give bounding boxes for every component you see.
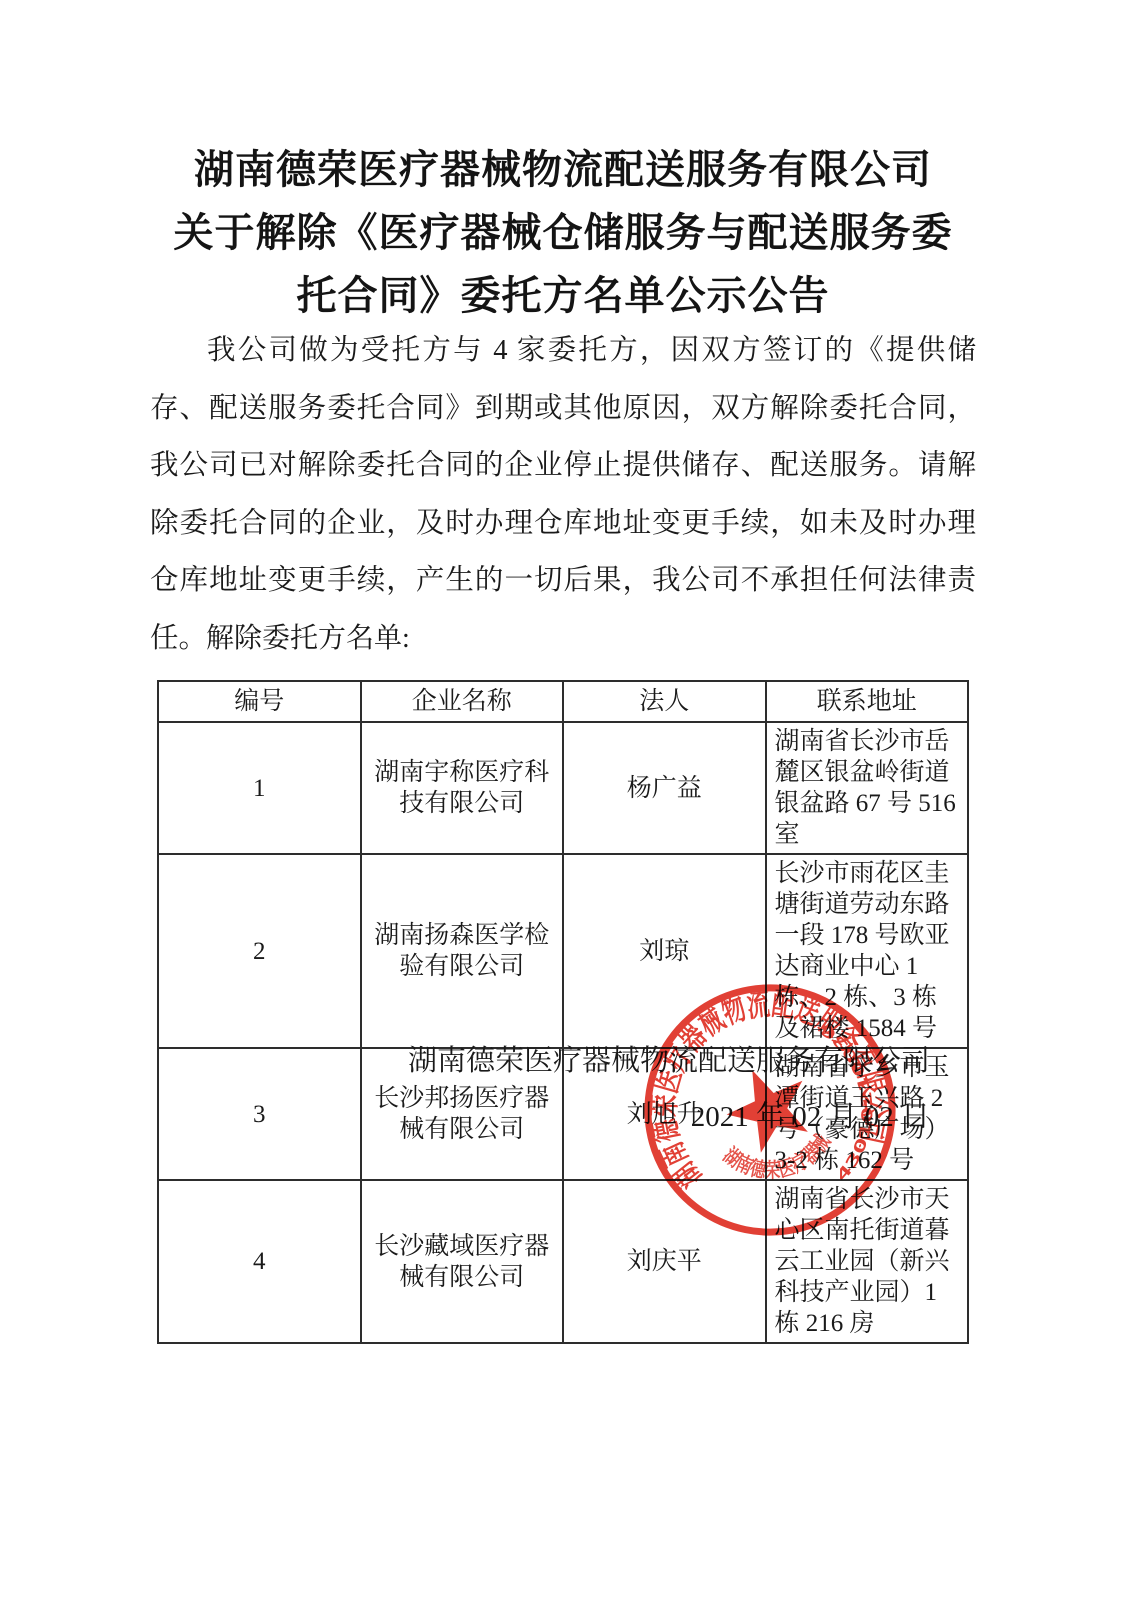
header-address: 联系地址 [766,681,969,722]
row-no: 3 [158,1048,361,1180]
table-header-row: 编号 企业名称 法人 联系地址 [158,681,968,722]
header-no: 编号 [158,681,361,722]
row-company: 长沙藏域医疗器械有限公司 [361,1180,564,1343]
title-line-2: 关于解除《医疗器械仓储服务与配送服务委 [0,201,1126,264]
row-no: 4 [158,1180,361,1343]
row-no: 1 [158,722,361,854]
table-row: 1 湖南宇称医疗科技有限公司 杨广益 湖南省长沙市岳麓区银盆岭街道银盆路 67 … [158,722,968,854]
row-company: 湖南宇称医疗科技有限公司 [361,722,564,854]
list-label: 解除委托方名单: [150,616,410,656]
row-company: 湖南扬森医学检验有限公司 [361,854,564,1048]
row-legal: 杨广益 [563,722,766,854]
title-line-3: 托合同》委托方名单公示公告 [0,264,1126,327]
svg-text:湖南德荣医疗器械: 湖南德荣医疗器械 [716,1126,840,1192]
document-title: 湖南德荣医疗器械物流配送服务有限公司 关于解除《医疗器械仓储服务与配送服务委 托… [0,138,1126,327]
row-no: 2 [158,854,361,1048]
scanned-announcement-document: 湖南德荣医疗器械物流配送服务有限公司 关于解除《医疗器械仓储服务与配送服务委 托… [0,0,1126,1600]
header-legal: 法人 [563,681,766,722]
title-line-1: 湖南德荣医疗器械物流配送服务有限公司 [0,138,1126,201]
company-seal-stamp: 湖南德荣医疗器械物流配送服务有限公司 43010210036 湖南德荣医疗器械 [636,976,904,1244]
seal-bottom-text: 湖南德荣医疗器械 [716,1126,840,1192]
header-company: 企业名称 [361,681,564,722]
row-address: 湖南省长沙市岳麓区银盆岭街道银盆路 67 号 516 室 [766,722,969,854]
